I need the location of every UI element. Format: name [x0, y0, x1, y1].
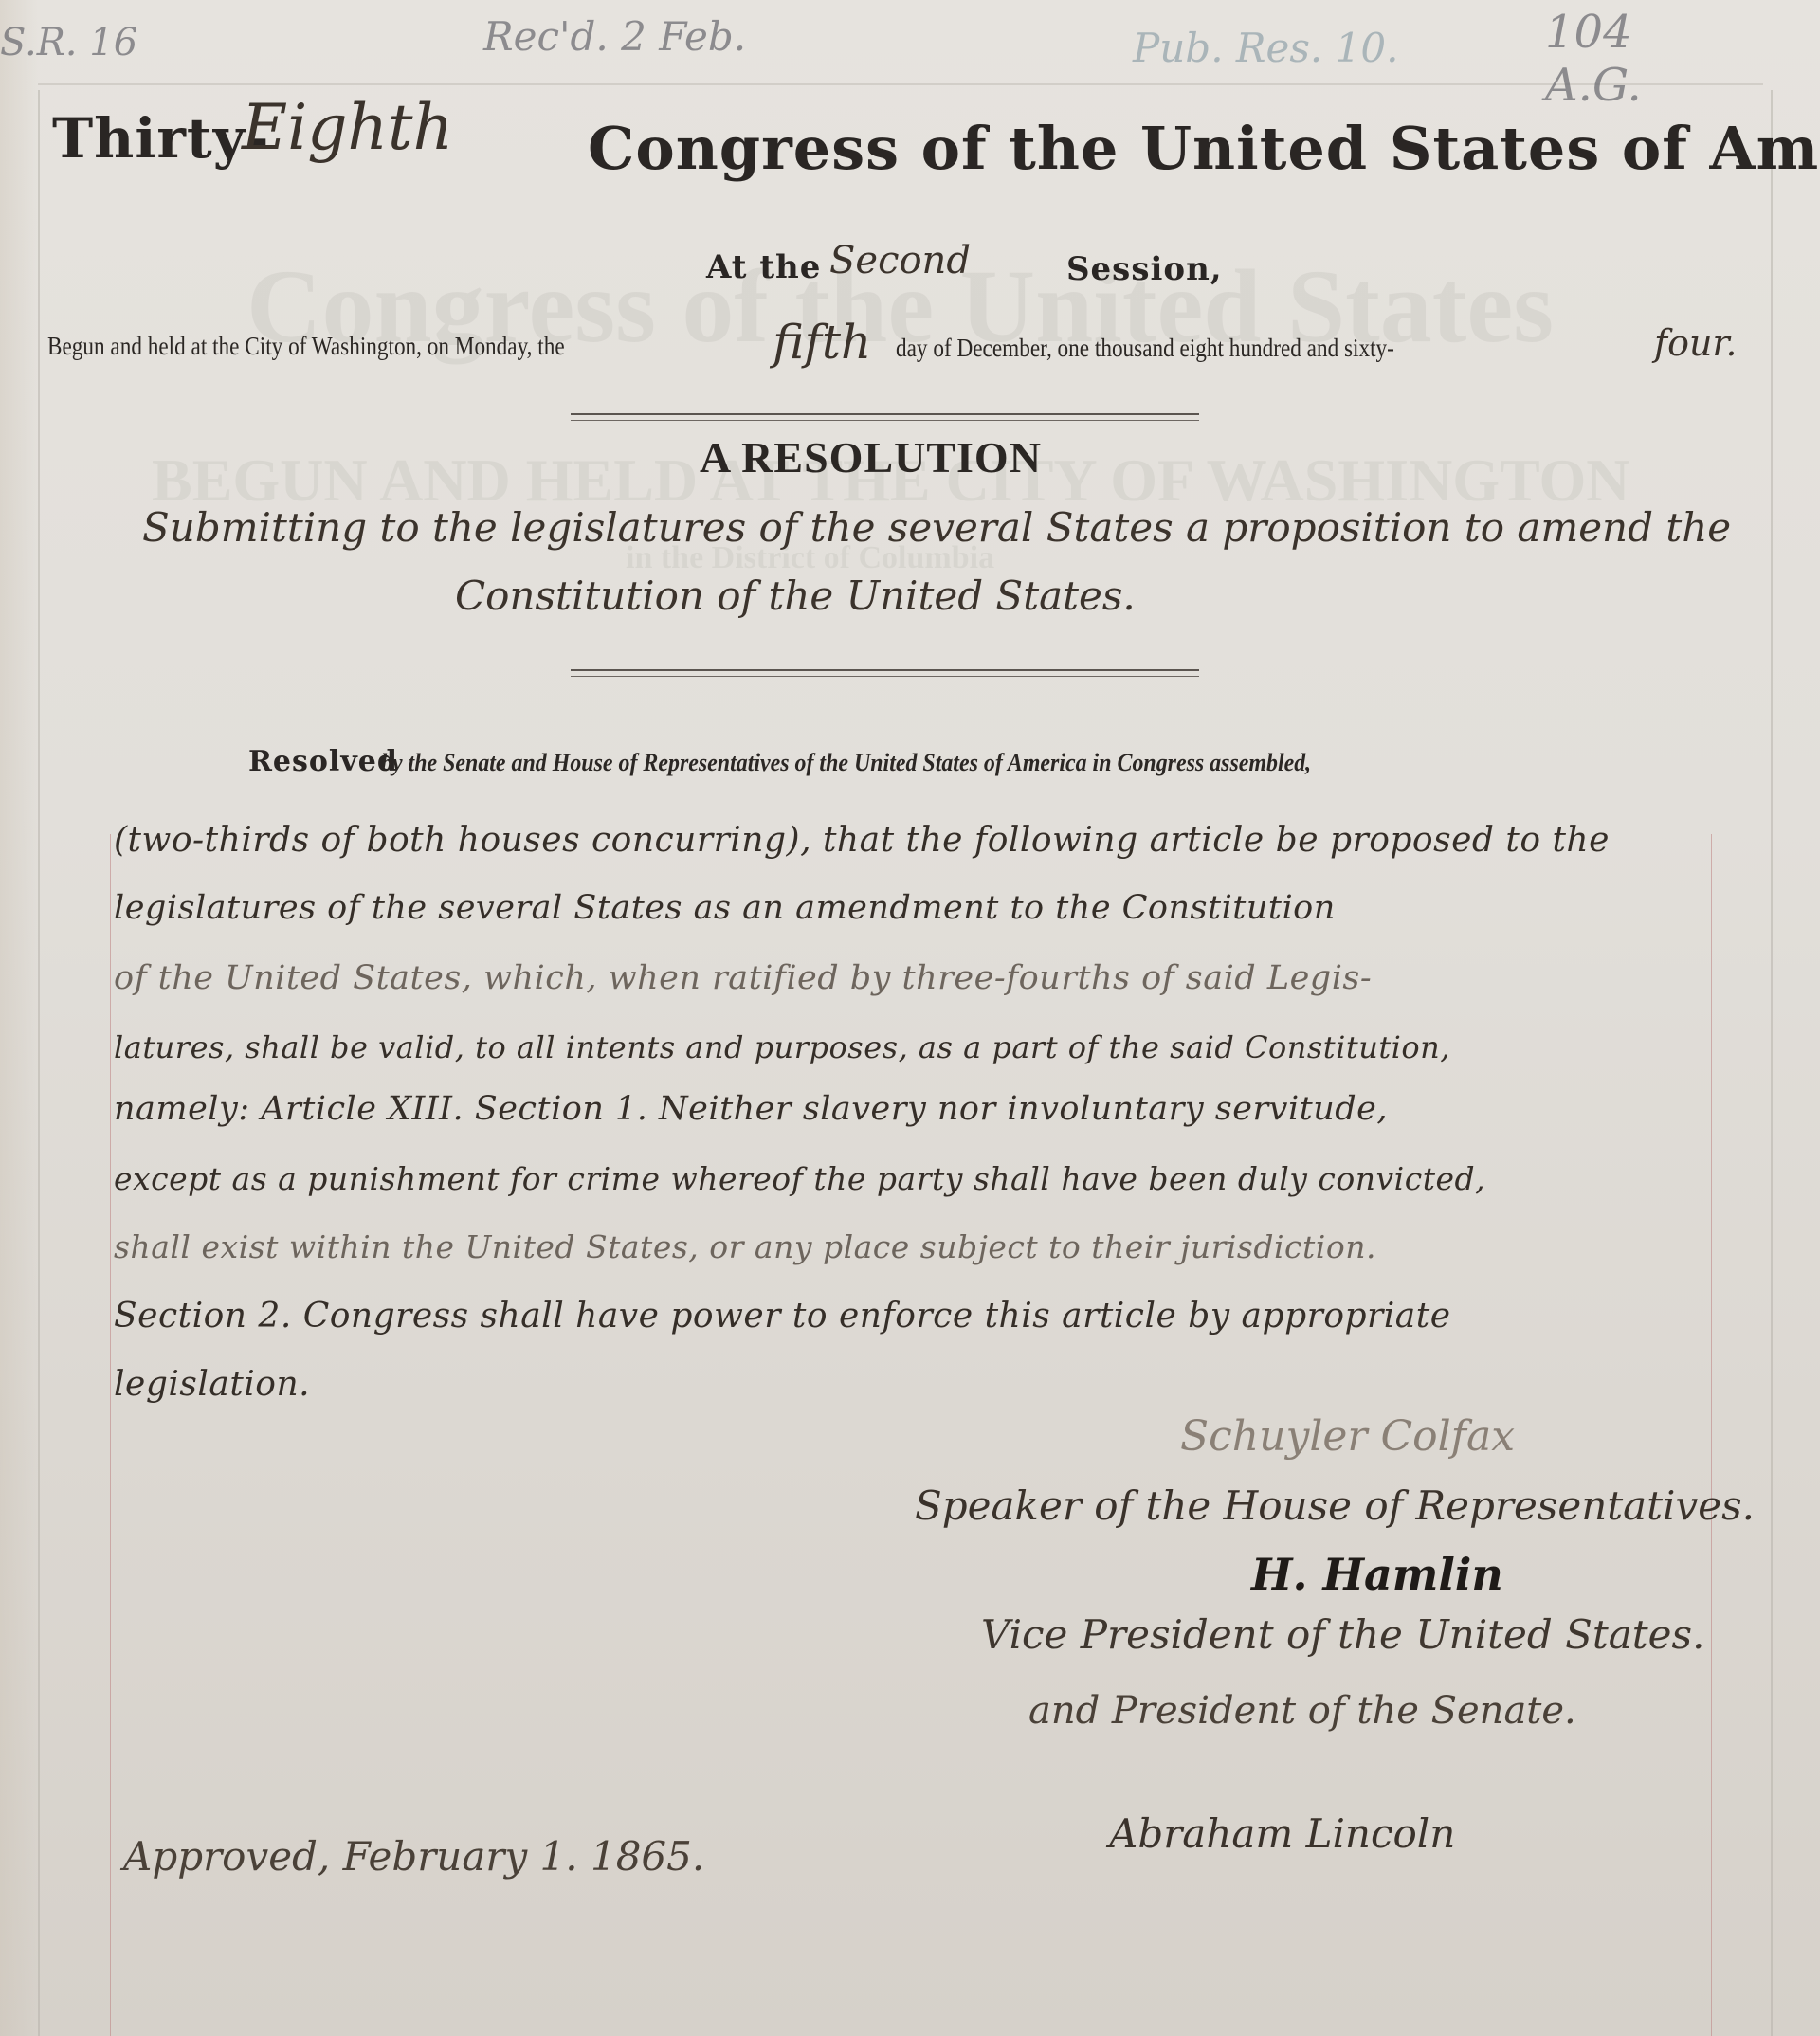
resolution-subtitle-line-2: Constitution of the United States.: [455, 573, 1136, 619]
archival-note-sr: S.R. 16: [0, 21, 137, 64]
congress-number-handwritten: Eighth: [242, 91, 453, 164]
body-line-1: (two-thirds of both houses concurring), …: [114, 821, 1610, 860]
body-line-2: legislatures of the several States as an…: [114, 889, 1336, 927]
body-line-9: legislation.: [114, 1365, 310, 1404]
speaker-title: Speaker of the House of Representatives.: [915, 1482, 1755, 1529]
session-suffix: Session,: [1066, 250, 1223, 288]
left-margin-rule: [110, 834, 111, 2036]
archival-note-corner: 104 A.G.: [1545, 6, 1659, 112]
begun-text: Begun and held at the City of Washington…: [47, 332, 565, 361]
enacting-lead-word: Resolved: [248, 745, 398, 778]
document-page: Congress of the United States BEGUN AND …: [0, 0, 1820, 2036]
page-frame-right: [1771, 90, 1773, 2036]
speaker-signature: Schuyler Colfax: [1180, 1412, 1515, 1461]
body-line-8: Section 2. Congress shall have power to …: [114, 1297, 1451, 1336]
right-margin-rule: [1711, 834, 1712, 2036]
date-text: day of December, one thousand eight hund…: [896, 334, 1394, 363]
archival-note-pub-res: Pub. Res. 10.: [1133, 25, 1398, 71]
body-line-5: namely: Article XIII. Section 1. Neither…: [114, 1090, 1388, 1128]
enacting-clause-text: by the Senate and House of Representativ…: [381, 749, 1311, 777]
body-line-4: latures, shall be valid, to all intents …: [114, 1029, 1450, 1065]
body-line-7: shall exist within the United States, or…: [114, 1228, 1376, 1265]
congress-number-printed: Thirty-: [52, 106, 269, 171]
archival-note-received: Rec'd. 2 Feb.: [483, 13, 746, 60]
vice-president-signature: H. Hamlin: [1251, 1549, 1503, 1600]
session-prefix: At the: [706, 248, 821, 286]
resolution-heading: A RESOLUTION: [700, 432, 1042, 482]
bottom-double-rule: [571, 669, 1199, 677]
president-signature: Abraham Lincoln: [1109, 1810, 1455, 1857]
approval-date: Approved, February 1. 1865.: [123, 1833, 704, 1880]
page-frame-top: [38, 83, 1763, 85]
vice-president-title-line-1: Vice President of the United States.: [981, 1611, 1704, 1658]
vice-president-title-line-2: and President of the Senate.: [1028, 1689, 1576, 1733]
resolution-subtitle-line-1: Submitting to the legislatures of the se…: [142, 504, 1731, 551]
page-frame-left: [38, 90, 40, 2036]
body-line-6: except as a punishment for crime whereof…: [114, 1160, 1485, 1197]
top-double-rule: [571, 413, 1199, 421]
congress-title: Congress of the United States of America…: [588, 114, 1820, 183]
day-handwritten: fifth: [773, 315, 871, 370]
session-handwritten: Second: [829, 239, 971, 282]
body-line-3: of the United States, which, when ratifi…: [114, 959, 1372, 997]
year-handwritten: four.: [1654, 322, 1738, 364]
